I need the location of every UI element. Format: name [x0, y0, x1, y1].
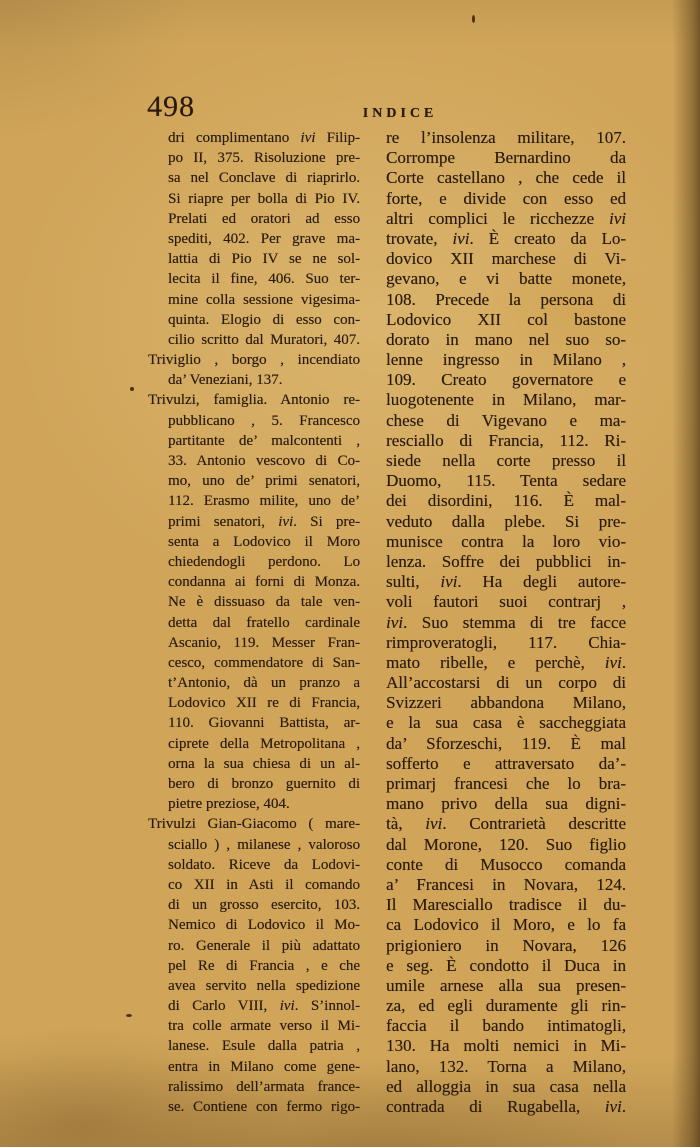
- text-line: lattia di Pio IV se ne sol-: [148, 249, 360, 269]
- text-line: tà, ivi. Contrarietà descritte: [386, 814, 626, 834]
- text-line: 109. Creato governatore e: [386, 370, 626, 390]
- text-line: Duomo, 115. Tenta sedare: [386, 471, 626, 491]
- ink-speck: [130, 387, 134, 391]
- text-line: prigioniero in Novara, 126: [386, 936, 626, 956]
- text-line: resciallo di Francia, 112. Ri-: [386, 431, 626, 451]
- text-line: pietre preziose, 404.: [148, 794, 360, 814]
- text-line: Nemico di Lodovico il Mo-: [148, 915, 360, 935]
- text-line: chese di Vigevano e ma-: [386, 411, 626, 431]
- text-line: 112. Erasmo milite, uno de’: [148, 491, 360, 511]
- text-line: spediti, 402. Per grave ma-: [148, 229, 360, 249]
- text-line: se. Contiene con fermo rigo-: [148, 1097, 360, 1117]
- text-line: gevano, e vi batte monete,: [386, 269, 626, 289]
- text-line: ivi. Suo stemma di tre facce: [386, 613, 626, 633]
- text-line: All’accostarsi di un corpo di: [386, 673, 626, 693]
- text-line: dovico XII marchese di Vi-: [386, 249, 626, 269]
- text-line: senta a Lodovico il Moro: [148, 532, 360, 552]
- text-line: po II, 375. Risoluzione pre-: [148, 148, 360, 168]
- text-line: entra in Milano come gene-: [148, 1057, 360, 1077]
- text-line: sofferto e attraversato da’-: [386, 754, 626, 774]
- text-line: 130. Ha molti nemici in Mi-: [386, 1036, 626, 1056]
- text-line: Lodovico XII col bastone: [386, 310, 626, 330]
- text-line: siede nella corte presso il: [386, 451, 626, 471]
- text-line: mo, uno de’ primi senatori,: [148, 471, 360, 491]
- text-line: di un grosso esercito, 103.: [148, 895, 360, 915]
- text-line: ca Lodovico il Moro, e lo fa: [386, 915, 626, 935]
- text-line: 110. Giovanni Battista, ar-: [148, 713, 360, 733]
- text-line: pubblicano , 5. Francesco: [148, 411, 360, 431]
- text-line: soldato. Riceve da Lodovi-: [148, 855, 360, 875]
- text-line: partitante de’ malcontenti ,: [148, 431, 360, 451]
- text-line: mine colla sessione vigesima-: [148, 290, 360, 310]
- text-line: e la sua casa è saccheggiata: [386, 713, 626, 733]
- text-line: chiedendogli perdono. Lo: [148, 552, 360, 572]
- text-line: orna la sua chiesa di un al-: [148, 754, 360, 774]
- text-line: ro. Generale il più adattato: [148, 936, 360, 956]
- text-line: faccia il bando intimatogli,: [386, 1016, 626, 1036]
- text-line: primi senatori, ivi. Si pre-: [148, 512, 360, 532]
- text-line: quinta. Elogio di esso con-: [148, 310, 360, 330]
- text-line: Prelati ed oratori ad esso: [148, 209, 360, 229]
- text-line: veduto dalla plebe. Si pre-: [386, 512, 626, 532]
- text-line: dri complimentano ivi Filip-: [148, 128, 360, 148]
- text-line: Ascanio, 119. Messer Fran-: [148, 633, 360, 653]
- text-line: t’Antonio, dà un pranzo a: [148, 673, 360, 693]
- text-line: pel Re di Francia , e che: [148, 956, 360, 976]
- text-line: mano privo della sua digni-: [386, 794, 626, 814]
- text-line: umile arnese alla sua presen-: [386, 976, 626, 996]
- text-line: Ne è dissuaso da tale ven-: [148, 592, 360, 612]
- text-line: sa nel Conclave di riaprirlo.: [148, 168, 360, 188]
- text-line: ed alloggia in sua casa nella: [386, 1077, 626, 1097]
- text-line: 33. Antonio vescovo di Co-: [148, 451, 360, 471]
- text-line: voli fautori suoi contrarj ,: [386, 592, 626, 612]
- text-line: munisce contra la loro vio-: [386, 532, 626, 552]
- text-line: Corte castellano , che cede il: [386, 168, 626, 188]
- right-column: re l’insolenza militare, 107.Corrompe Be…: [386, 128, 626, 1117]
- text-line: a’ Francesi in Novara, 124.: [386, 875, 626, 895]
- ink-speck: [126, 1014, 132, 1017]
- text-line: bero di bronzo guernito di: [148, 774, 360, 794]
- text-line: Corrompe Bernardino da: [386, 148, 626, 168]
- ink-speck: [472, 15, 475, 23]
- scanned-page: 498 INDICE dri complimentano ivi Filip-p…: [0, 0, 700, 1147]
- text-line: avea servito nella spedizione: [148, 976, 360, 996]
- text-line: sulti, ivi. Ha degli autore-: [386, 572, 626, 592]
- text-line: condanna ai forni di Monza.: [148, 572, 360, 592]
- text-line: da’ Veneziani, 137.: [148, 370, 360, 390]
- text-line: primarj francesi che lo bra-: [386, 774, 626, 794]
- text-line: ralissimo dell’armata france-: [148, 1077, 360, 1097]
- text-line: Trivulzi, famiglia. Antonio re-: [148, 390, 360, 410]
- text-line: conte di Musocco comanda: [386, 855, 626, 875]
- text-line: lecita il fine, 406. Suo ter-: [148, 269, 360, 289]
- text-line: rimproveratogli, 117. Chia-: [386, 633, 626, 653]
- text-line: Lodovico XII re di Francia,: [148, 693, 360, 713]
- text-line: lano, 132. Torna a Milano,: [386, 1057, 626, 1077]
- text-line: mato ribelle, e perchè, ivi.: [386, 653, 626, 673]
- text-line: Trivulzi Gian-Giacomo ( mare-: [148, 814, 360, 834]
- text-line: tra colle armate verso il Mi-: [148, 1016, 360, 1036]
- text-line: Il Maresciallo tradisce il du-: [386, 895, 626, 915]
- left-column: dri complimentano ivi Filip-po II, 375. …: [148, 128, 360, 1117]
- text-line: trovate, ivi. È creato da Lo-: [386, 229, 626, 249]
- text-line: za, ed egli duramente gli rin-: [386, 996, 626, 1016]
- text-line: cilio scritto dal Muratori, 407.: [148, 330, 360, 350]
- page-number: 498: [147, 92, 195, 122]
- text-line: lenne ingresso in Milano ,: [386, 350, 626, 370]
- text-line: co XII in Asti il comando: [148, 875, 360, 895]
- text-line: ciprete della Metropolitana ,: [148, 734, 360, 754]
- text-line: altri complici le ricchezze ivi: [386, 209, 626, 229]
- text-line: dei disordini, 116. È mal-: [386, 491, 626, 511]
- text-line: dal Morone, 120. Suo figlio: [386, 835, 626, 855]
- text-line: sciallo ) , milanese , valoroso: [148, 835, 360, 855]
- text-line: lenza. Soffre dei pubblici in-: [386, 552, 626, 572]
- text-line: e seg. È condotto il Duca in: [386, 956, 626, 976]
- text-line: Triviglio , borgo , incendiato: [148, 350, 360, 370]
- text-line: re l’insolenza militare, 107.: [386, 128, 626, 148]
- text-line: Si riapre per bolla di Pio IV.: [148, 189, 360, 209]
- text-line: dorato in mano nel suo so-: [386, 330, 626, 350]
- text-line: di Carlo VIII, ivi. S’innol-: [148, 996, 360, 1016]
- running-header-title: INDICE: [280, 106, 520, 122]
- text-line: forte, e divide con esso ed: [386, 189, 626, 209]
- text-line: luogotenente in Milano, mar-: [386, 390, 626, 410]
- text-line: cesco, commendatore di San-: [148, 653, 360, 673]
- text-line: Svizzeri abbandona Milano,: [386, 693, 626, 713]
- text-line: contrada di Rugabella, ivi.: [386, 1097, 626, 1117]
- text-line: detta dal fratello cardinale: [148, 613, 360, 633]
- text-line: 108. Precede la persona di: [386, 290, 626, 310]
- text-line: lanese. Esule dalla patria ,: [148, 1036, 360, 1056]
- text-line: da’ Sforzeschi, 119. È mal: [386, 734, 626, 754]
